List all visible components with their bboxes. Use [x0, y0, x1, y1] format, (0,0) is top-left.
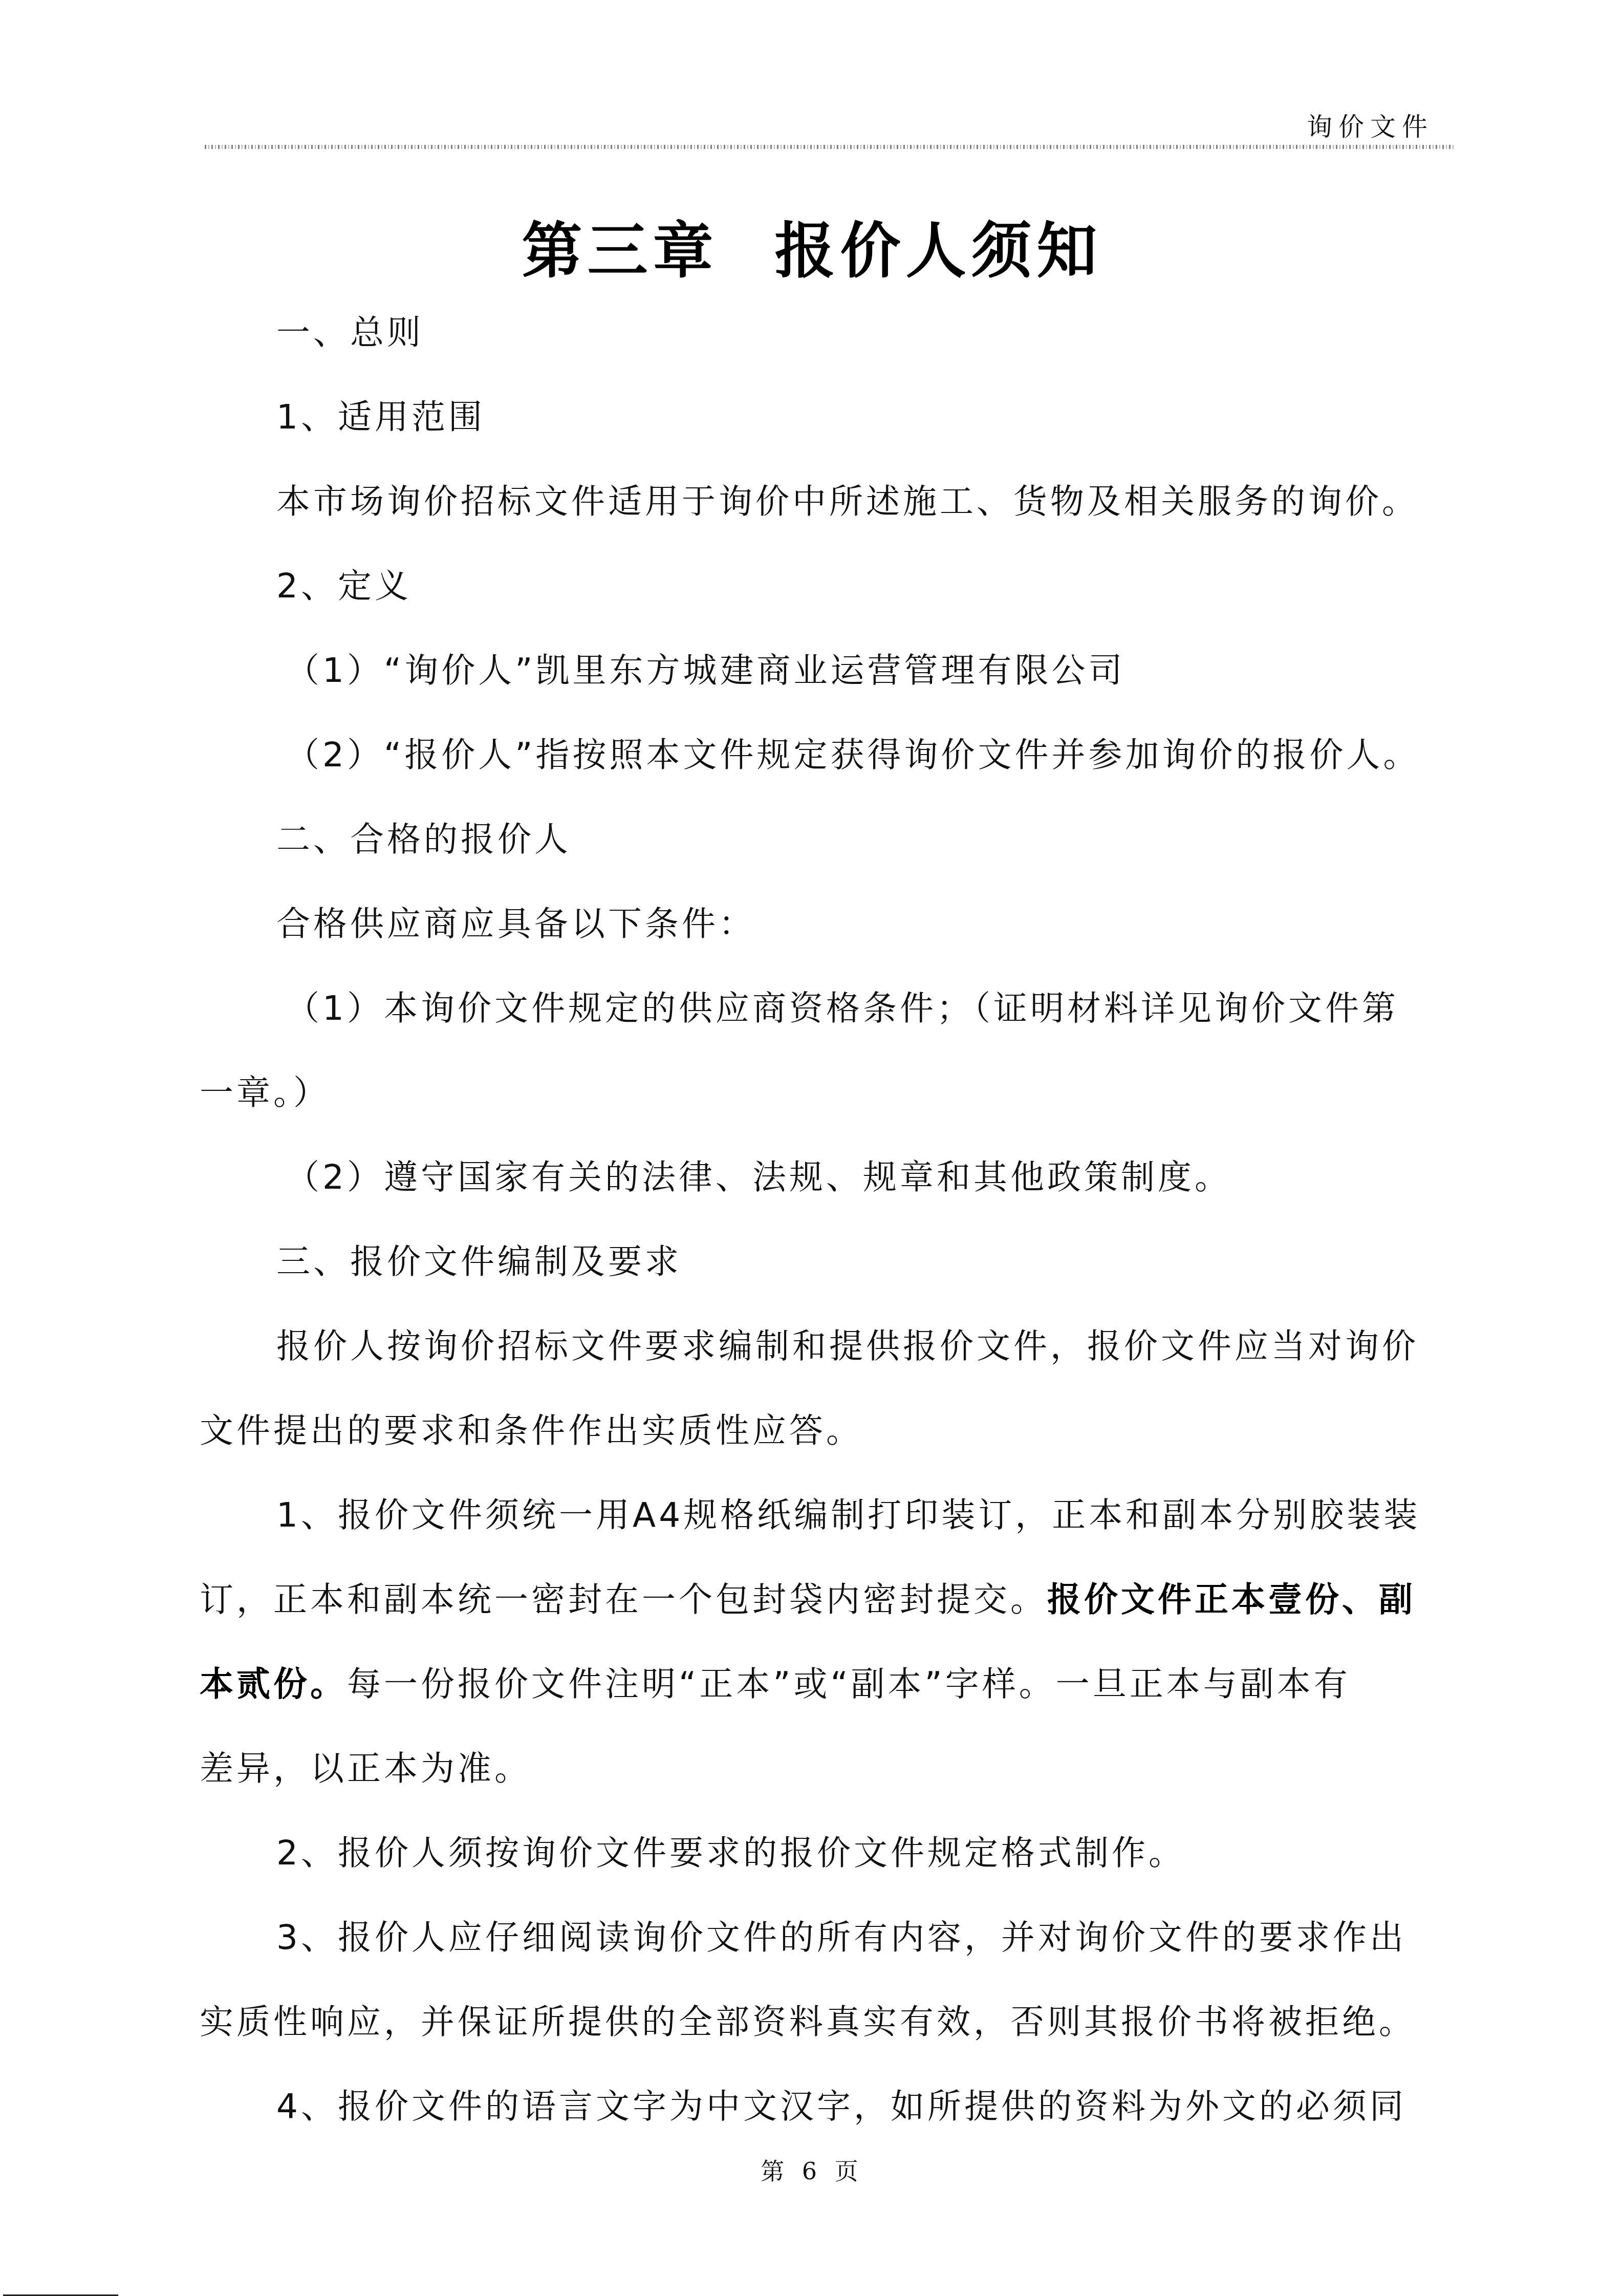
text-line: 文件提出的要求和条件作出实质性应答。 [200, 1408, 1459, 1454]
line-text: 订，正本和副本统一密封在一个包封袋内密封提交。 [200, 1580, 1047, 1619]
text-line: （2）遵守国家有关的法律、法规、规章和其他政策制度。 [200, 1154, 1545, 1200]
text-line: 差异，以正本为准。 [200, 1746, 1459, 1792]
line-text: 2、定义 [276, 566, 412, 606]
running-header: 询价文件 [1307, 106, 1434, 143]
line-text: 4、报价文件的语言文字为中文汉字，如所提供的资料为外文的必须同 [276, 2087, 1406, 2126]
text-line: 1、报价文件须统一用A4规格纸编制打印装订，正本和副本分别胶装装 [200, 1492, 1535, 1538]
chapter-title: 报价人须知 [775, 215, 1102, 286]
chapter-heading: 第三章报价人须知 [0, 202, 1624, 289]
text-line: 报价人按询价招标文件要求编制和提供报价文件，报价文件应当对询价 [200, 1323, 1535, 1369]
chapter-number: 第三章 [522, 215, 718, 286]
line-text: （2）“报价人”指按照本文件规定获得询价文件并参加询价的报价人。 [286, 735, 1420, 775]
text-line: 三、报价文件编制及要求 [200, 1239, 1535, 1285]
line-text: （1）本询价文件规定的供应商资格条件；（证明材料详见询价文件第 [286, 989, 1399, 1028]
header-divider [205, 145, 1454, 149]
text-line: 1、适用范围 [200, 394, 1535, 440]
text-line: 一、总则 [200, 310, 1535, 356]
line-text: 2、报价人须按询价文件要求的报价文件规定格式制作。 [276, 1833, 1185, 1873]
text-line: 本市场询价招标文件适用于询价中所述施工、货物及相关服务的询价。 [200, 479, 1535, 525]
text-line: 二、合格的报价人 [200, 817, 1535, 863]
line-text: 二、合格的报价人 [276, 820, 571, 859]
line-text: 每一份报价文件注明“正本”或“副本”字样。一旦正本与副本有 [347, 1664, 1351, 1704]
line-text: 3、报价人应仔细阅读询价文件的所有内容，并对询价文件的要求作出 [276, 1918, 1406, 1957]
line-text: 1、报价文件须统一用A4规格纸编制打印装订，正本和副本分别胶装装 [276, 1495, 1420, 1535]
text-line: （1）“询价人”凯里东方城建商业运营管理有限公司 [200, 648, 1545, 694]
text-line: 4、报价文件的语言文字为中文汉字，如所提供的资料为外文的必须同 [200, 2084, 1535, 2130]
text-line: 2、定义 [200, 563, 1535, 609]
text-line: 一章。） [200, 1070, 1459, 1116]
text-line: 合格供应商应具备以下条件： [200, 901, 1535, 947]
line-text: 文件提出的要求和条件作出实质性应答。 [200, 1411, 863, 1450]
line-text: 一章。） [200, 1073, 330, 1112]
emphasized-text: 本贰份。 [200, 1664, 347, 1704]
line-text: （1）“询价人”凯里东方城建商业运营管理有限公司 [286, 651, 1125, 690]
text-line: （1）本询价文件规定的供应商资格条件；（证明材料详见询价文件第 [200, 985, 1545, 1032]
line-text: 差异，以正本为准。 [200, 1749, 531, 1788]
line-text: 合格供应商应具备以下条件： [276, 904, 755, 943]
line-text: 报价人按询价招标文件要求编制和提供报价文件，报价文件应当对询价 [276, 1326, 1419, 1366]
line-text: 本市场询价招标文件适用于询价中所述施工、货物及相关服务的询价。 [276, 482, 1419, 521]
line-text: （2）遵守国家有关的法律、法规、规章和其他政策制度。 [286, 1157, 1231, 1197]
line-text: 一、总则 [276, 313, 424, 352]
line-text: 三、报价文件编制及要求 [276, 1242, 682, 1281]
emphasized-text: 报价文件正本壹份、副 [1047, 1580, 1416, 1619]
line-text: 实质性响应，并保证所提供的全部资料真实有效，否则其报价书将被拒绝。 [200, 2002, 1416, 2042]
text-line: 3、报价人应仔细阅读询价文件的所有内容，并对询价文件的要求作出 [200, 1915, 1535, 1961]
line-text: 1、适用范围 [276, 397, 485, 437]
text-line: 订，正本和副本统一密封在一个包封袋内密封提交。报价文件正本壹份、副 [200, 1577, 1459, 1623]
text-line: 2、报价人须按询价文件要求的报价文件规定格式制作。 [200, 1830, 1535, 1876]
text-line: 实质性响应，并保证所提供的全部资料真实有效，否则其报价书将被拒绝。 [200, 1999, 1459, 2045]
text-line: 本贰份。每一份报价文件注明“正本”或“副本”字样。一旦正本与副本有 [200, 1661, 1459, 1707]
text-line: （2）“报价人”指按照本文件规定获得询价文件并参加询价的报价人。 [200, 732, 1545, 778]
page-number: 第 6 页 [0, 2153, 1624, 2186]
